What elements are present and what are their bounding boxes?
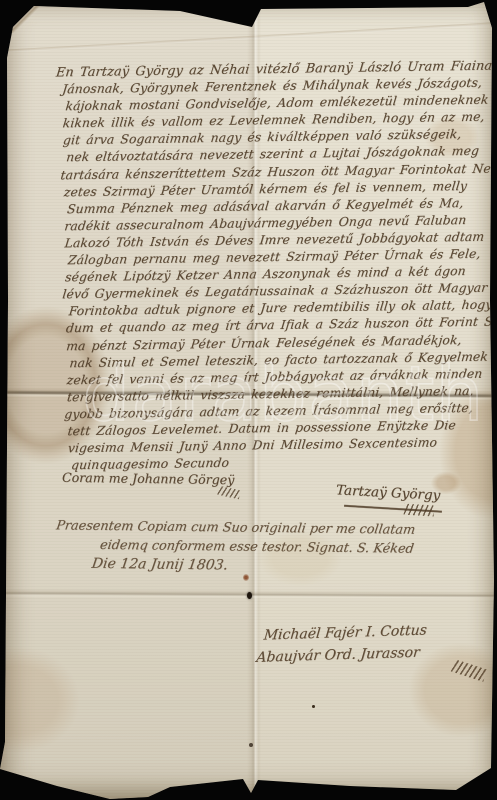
manuscript-paper: En Tartzaÿ György az Néhai vitézlő Baran…	[0, 0, 497, 800]
photo-black-background: En Tartzaÿ György az Néhai vitézlő Baran…	[0, 0, 497, 800]
paper-edge-vignette	[0, 0, 497, 800]
